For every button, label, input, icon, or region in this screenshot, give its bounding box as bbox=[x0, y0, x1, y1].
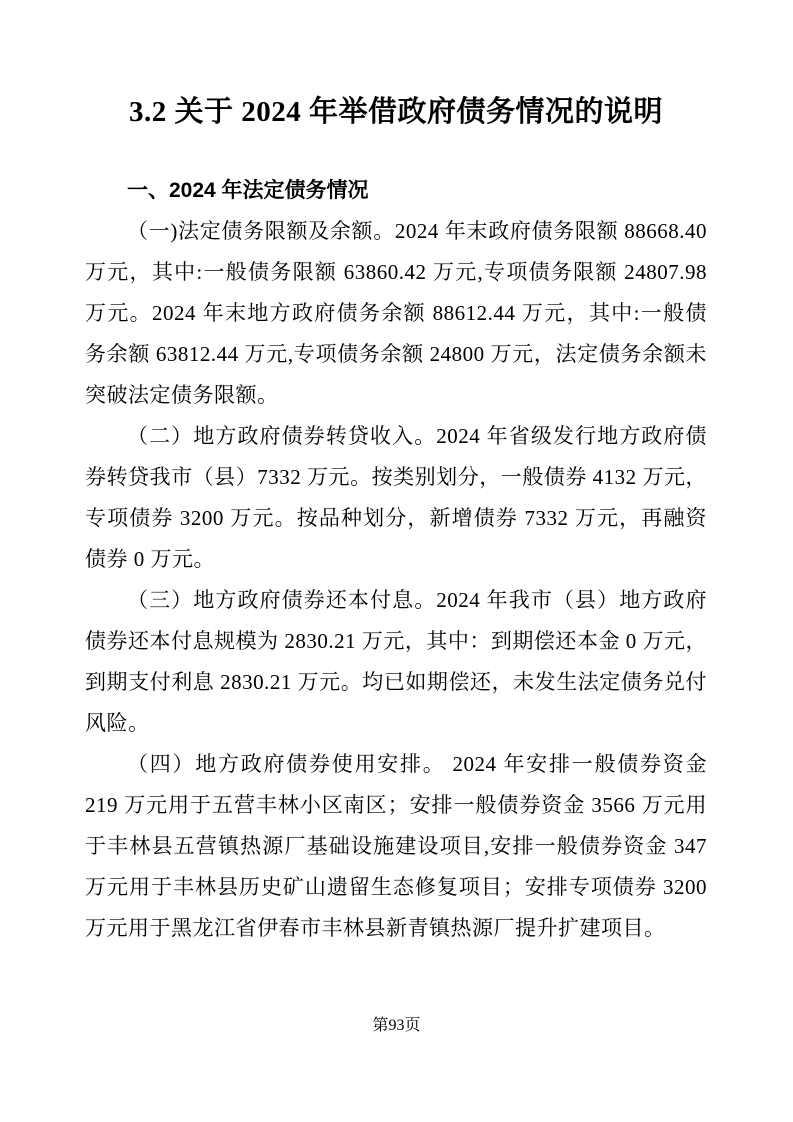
paragraph-bond-usage-arrangement: （四）地方政府债券使用安排。 2024 年安排一般债券资金 219 万元用于五营… bbox=[85, 744, 707, 949]
page-number: 第93页 bbox=[0, 1014, 793, 1038]
paragraph-bond-transfer-income: （二）地方政府债券转贷收入。2024 年省级发行地方政府债券转贷我市（县）733… bbox=[85, 416, 707, 580]
section-heading: 一、2024 年法定债务情况 bbox=[85, 170, 707, 211]
document-page: 3.2 关于 2024 年举借政府债务情况的说明 一、2024 年法定债务情况 … bbox=[0, 0, 793, 1122]
paragraph-legal-debt-limit: （一)法定债务限额及余额。2024 年末政府债务限额 88668.40 万元，其… bbox=[85, 211, 707, 416]
paragraph-principal-interest-repayment: （三）地方政府债券还本付息。2024 年我市（县）地方政府债券还本付息规模为 2… bbox=[85, 580, 707, 744]
page-title: 3.2 关于 2024 年举借政府债务情况的说明 bbox=[85, 92, 707, 132]
document-content: 3.2 关于 2024 年举借政府债务情况的说明 一、2024 年法定债务情况 … bbox=[85, 0, 707, 949]
